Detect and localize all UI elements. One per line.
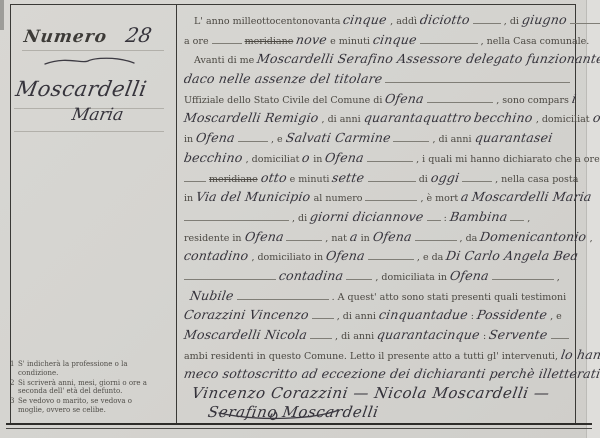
handwritten-text: oggi xyxy=(429,168,460,188)
handwritten-text: diciotto xyxy=(419,10,472,30)
handwritten-text: Moscardelli Nicola xyxy=(182,325,308,345)
margin-name-given: Maria xyxy=(70,105,125,125)
printed-text: : xyxy=(483,331,486,342)
document-page: Numero 28 Moscardelli Maria 1S' indicher… xyxy=(0,0,600,438)
printed-text: Avanti di me xyxy=(194,55,254,66)
printed-text: in xyxy=(184,193,193,204)
printed-text: , xyxy=(527,213,530,224)
blank-underline xyxy=(368,171,416,182)
handwritten-text: cinque xyxy=(342,10,389,30)
handwritten-text: contadina xyxy=(277,266,344,286)
handwritten-text: becchino xyxy=(182,148,244,168)
footnote-number: 2 xyxy=(10,379,18,396)
blank-underline xyxy=(312,308,334,319)
printed-text: , di anni xyxy=(432,134,471,145)
handwritten-text: Moscardelli Remigio xyxy=(182,108,320,128)
blank-underline xyxy=(184,210,289,221)
printed-text: , di anni xyxy=(335,331,374,342)
handwritten-text: becchino xyxy=(473,108,535,128)
handwritten-text: Via del Municipio xyxy=(195,187,313,207)
printed-text: , e xyxy=(550,311,562,322)
struck-text: meridiane xyxy=(209,174,258,185)
margin-name-surname: Moscardelli xyxy=(14,77,149,101)
act-line: inOfena, eSalvati Carmine, di anniquaran… xyxy=(184,128,574,148)
handwritten-text: otto xyxy=(259,168,288,188)
handwritten-text: Domenicantonio xyxy=(479,227,588,247)
printed-text: , xyxy=(557,272,560,283)
printed-text: e minuti xyxy=(330,36,370,47)
blank-underline xyxy=(420,33,478,44)
blank-underline xyxy=(184,171,206,182)
printed-text: , i quali mi hanno dichiarato che a ore xyxy=(416,154,600,165)
signature-flourish xyxy=(215,407,345,423)
printed-text: in xyxy=(184,134,193,145)
blank-underline xyxy=(510,210,524,221)
column-divider xyxy=(176,4,177,424)
printed-text: , di xyxy=(504,16,519,27)
handwritten-text: Ofena xyxy=(324,148,366,168)
printed-text: : xyxy=(444,213,447,224)
printed-text: al numero xyxy=(314,193,363,204)
act-line: meco sottoscritto ad eccezione dei dichi… xyxy=(184,364,574,384)
blank-underline xyxy=(184,269,276,280)
blank-underline xyxy=(415,230,457,241)
blank-underline xyxy=(310,328,332,339)
handwritten-text: Salvati Carmine xyxy=(284,128,392,148)
handwritten-text: contadino xyxy=(182,246,250,266)
act-line: Corazzini Vincenzo, di annicinquantadue:… xyxy=(184,305,574,325)
printed-text: , addì xyxy=(390,16,417,27)
blank-underline xyxy=(427,92,493,103)
printed-text: e minuti xyxy=(290,174,330,185)
blank-underline xyxy=(238,131,268,142)
footnote: 3Se vedovo o marito, se vedova o moglie,… xyxy=(10,397,160,414)
footnotes-block: 1S' indicherà la professione o la condiz… xyxy=(10,360,160,416)
blank-underline xyxy=(473,13,501,24)
handwritten-text: lo hanno questi xyxy=(559,345,600,365)
act-line: Avanti di meMoscardelli Serafino Assesso… xyxy=(184,49,574,69)
printed-text: , sono compars xyxy=(496,95,569,106)
act-line: residente inOfena, natainOfena, daDomeni… xyxy=(184,227,574,247)
handwritten-text: i xyxy=(570,89,577,109)
handwritten-text: a xyxy=(348,227,359,247)
blank-underline xyxy=(427,210,441,221)
handwritten-text: quarantasei xyxy=(473,128,554,148)
handwritten-text: Ofena xyxy=(325,246,367,266)
printed-text: , xyxy=(590,233,593,244)
printed-text: residente in xyxy=(184,233,242,244)
act-line: meridianeottoe minutisettedioggi, nella … xyxy=(184,168,574,188)
blank-underline xyxy=(551,328,569,339)
footnote-text: S' indicherà la professione o la condizi… xyxy=(18,360,160,377)
blank-underline xyxy=(237,289,329,300)
blank-underline xyxy=(367,151,413,162)
handwritten-text: cinquantadue xyxy=(377,305,469,325)
struck-text: meridiane xyxy=(245,36,294,47)
footnote-text: Se vedovo o marito, se vedova o moglie, … xyxy=(18,397,160,414)
handwritten-text: meco sottoscritto ad eccezione dei dichi… xyxy=(182,364,600,384)
scan-smudge xyxy=(0,0,4,30)
printed-text: . A quest' atto sono stati presenti qual… xyxy=(332,292,567,303)
printed-text: , nella casa posta xyxy=(495,174,578,185)
footnote: 1S' indicherà la professione o la condiz… xyxy=(10,360,160,377)
blank-underline xyxy=(393,131,429,142)
handwritten-text: Ofena xyxy=(195,128,237,148)
blank-underline xyxy=(492,269,554,280)
handwritten-text: Ofena xyxy=(243,227,285,247)
blank-underline xyxy=(385,72,570,83)
handwritten-text: sette xyxy=(331,168,366,188)
act-number-value: 28 xyxy=(124,23,154,47)
handwritten-text: o xyxy=(301,148,312,168)
handwritten-text: Moscardelli Maria xyxy=(470,187,593,207)
act-line: inVia del Municipioal numero, è mortaMos… xyxy=(184,187,574,207)
printed-text: L' anno milleottocentonovanta xyxy=(194,16,340,27)
printed-text: , domiciliat xyxy=(536,114,590,125)
act-line: , digiorni diciannove:Bambina, xyxy=(184,207,574,227)
printed-text: , nella Casa comunale. xyxy=(481,36,590,47)
act-line: Vincenzo Corazzini — Nicola Moscardelli … xyxy=(184,384,574,403)
footnote: 2Si scriverà anni, mesi, giorni o ore a … xyxy=(10,379,160,396)
numero-label: Numero xyxy=(23,27,109,47)
handwritten-text: giugno xyxy=(520,10,568,30)
printed-text: , nat xyxy=(325,233,347,244)
printed-text: , e xyxy=(271,134,283,145)
blank-underline xyxy=(365,190,417,201)
printed-text: , domiciliata in xyxy=(375,272,447,283)
printed-text: a ore xyxy=(184,36,209,47)
act-line: contadina, domiciliata inOfena, xyxy=(184,266,574,286)
blank-underline xyxy=(346,269,372,280)
printed-text: in xyxy=(313,154,322,165)
bottom-rule-thin xyxy=(6,428,592,429)
printed-text: di xyxy=(419,174,428,185)
handwritten-text: Nubile xyxy=(188,286,235,306)
act-line: daco nelle assenze del titolare xyxy=(184,69,574,89)
printed-text: , di anni xyxy=(337,311,376,322)
act-line: L' anno milleottocentonovantacinque, add… xyxy=(184,10,574,30)
act-line: ambi residenti in questo Comune. Letto i… xyxy=(184,345,574,365)
handwritten-text: giorni diciannove xyxy=(309,207,426,227)
handwritten-text: quarantaquattro xyxy=(362,108,473,128)
footnote-number: 3 xyxy=(10,397,18,414)
act-number-row: Numero 28 xyxy=(24,23,164,47)
handwritten-text: Ofena xyxy=(371,227,413,247)
printed-text: , domiciliat xyxy=(246,154,300,165)
blank-underline xyxy=(462,171,492,182)
blank-underline xyxy=(286,230,322,241)
footnote-number: 1 xyxy=(10,360,18,377)
printed-text: , di xyxy=(292,213,307,224)
act-line: Moscardelli Nicola, di anniquarantacinqu… xyxy=(184,325,574,345)
printed-text: , domiciliato in xyxy=(251,252,323,263)
handwritten-text: Corazzini Vincenzo xyxy=(182,305,310,325)
flourish-squiggle xyxy=(42,55,138,67)
handwritten-text: daco nelle assenze del titolare xyxy=(182,69,384,89)
blank-underline xyxy=(570,13,600,24)
handwritten-text: Ofena xyxy=(448,266,490,286)
printed-text: in xyxy=(361,233,370,244)
handwritten-text: Ofena xyxy=(384,89,426,109)
blank-underline xyxy=(212,33,242,44)
act-line: Moscardelli Remigio, di anniquarantaquat… xyxy=(184,108,574,128)
footnote-text: Si scriverà anni, mesi, giorni o ore a s… xyxy=(18,379,160,396)
act-line: Uffiziale dello Stato Civile del Comune … xyxy=(184,89,574,109)
handwritten-text: nove xyxy=(295,30,329,50)
margin-rule xyxy=(22,50,164,51)
handwritten-text: quarantacinque xyxy=(376,325,482,345)
printed-text: , di anni xyxy=(322,114,361,125)
handwritten-text: Di Carlo Angela Bea xyxy=(445,246,580,266)
handwritten-text: Possidente xyxy=(475,305,548,325)
printed-text: ambi residenti in questo Comune. Letto i… xyxy=(184,351,558,362)
act-line: Nubile. A quest' atto sono stati present… xyxy=(184,286,574,306)
handwritten-text: Servente xyxy=(488,325,550,345)
handwritten-text: Moscardelli Serafino Assessore delegato … xyxy=(256,49,600,69)
act-line: contadino, domiciliato inOfena, e daDi C… xyxy=(184,246,574,266)
blank-underline xyxy=(368,249,414,260)
printed-text: , è mort xyxy=(420,193,458,204)
act-line: a oremeridianenovee minuticinque, nella … xyxy=(184,30,574,50)
signature-text: Vincenzo Corazzini — Nicola Moscardelli … xyxy=(190,384,551,403)
handwritten-text: Bambina xyxy=(448,207,509,227)
margin-rule xyxy=(14,131,164,132)
act-body: L' anno milleottocentonovantacinque, add… xyxy=(184,10,574,422)
act-line: becchino, domiciliatoinOfena, i quali mi… xyxy=(184,148,574,168)
handwritten-text: cinque xyxy=(371,30,418,50)
printed-text: , da xyxy=(460,233,478,244)
printed-text: Uffiziale dello Stato Civile del Comune … xyxy=(184,95,382,106)
printed-text: , e da xyxy=(417,252,443,263)
printed-text: : xyxy=(471,311,474,322)
handwritten-text: a xyxy=(460,187,471,207)
